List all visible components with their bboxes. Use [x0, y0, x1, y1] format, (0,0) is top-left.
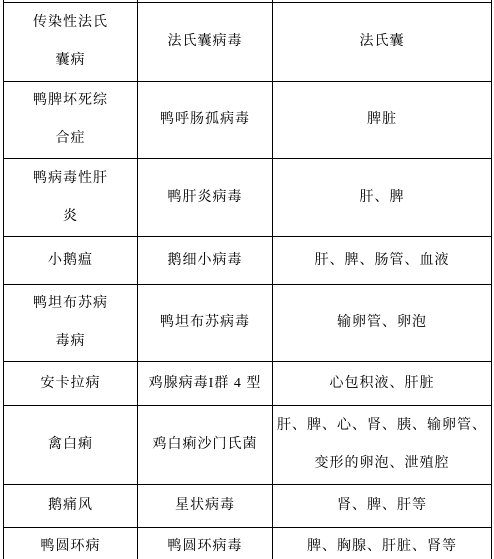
pathogen-cell: 鸡白痢沙门氏菌 — [138, 406, 273, 485]
sample-cell: 脾、胸腺、肝脏、肾等 — [273, 528, 492, 559]
disease-sampling-table: 传染性法氏 囊病 法氏囊病毒 法氏囊 鸭脾坏死综 合症 鸭呼肠孤病毒 脾脏 鸭病… — [3, 0, 492, 559]
disease-cell: 鹅痛风 — [4, 485, 138, 528]
sample-cell: 脾脏 — [273, 82, 492, 159]
sample-cell: 法氏囊 — [273, 3, 492, 82]
pathogen-cell: 鹅细小病毒 — [138, 237, 273, 285]
pathogen-cell: 鸭坦布苏病毒 — [138, 285, 273, 362]
pathogen-cell: 鸭呼肠孤病毒 — [138, 82, 273, 159]
pathogen-cell: 星状病毒 — [138, 485, 273, 528]
pathogen-cell: 鸭圆环病毒 — [138, 528, 273, 559]
pathogen-cell: 鸡腺病毒I群 4 型 — [138, 362, 273, 406]
table-row: 传染性法氏 囊病 法氏囊病毒 法氏囊 — [4, 3, 492, 82]
table-row: 鸭圆环病 鸭圆环病毒 脾、胸腺、肝脏、肾等 — [4, 528, 492, 559]
disease-cell: 小鹅瘟 — [4, 237, 138, 285]
table-row: 鸭病毒性肝 炎 鸭肝炎病毒 肝、脾 — [4, 159, 492, 237]
table-row: 小鹅瘟 鹅细小病毒 肝、脾、肠管、血液 — [4, 237, 492, 285]
disease-cell: 传染性法氏 囊病 — [4, 3, 138, 82]
sample-cell: 输卵管、卵泡 — [273, 285, 492, 362]
disease-cell: 安卡拉病 — [4, 362, 138, 406]
sample-cell: 肾、脾、肝等 — [273, 485, 492, 528]
disease-cell: 禽白痢 — [4, 406, 138, 485]
disease-cell: 鸭圆环病 — [4, 528, 138, 559]
disease-cell: 鸭脾坏死综 合症 — [4, 82, 138, 159]
pathogen-cell: 法氏囊病毒 — [138, 3, 273, 82]
disease-cell: 鸭病毒性肝 炎 — [4, 159, 138, 237]
pathogen-cell: 鸭肝炎病毒 — [138, 159, 273, 237]
sample-cell: 心包积液、肝脏 — [273, 362, 492, 406]
disease-cell: 鸭坦布苏病 毒病 — [4, 285, 138, 362]
table-row: 鸭脾坏死综 合症 鸭呼肠孤病毒 脾脏 — [4, 82, 492, 159]
document-page: 传染性法氏 囊病 法氏囊病毒 法氏囊 鸭脾坏死综 合症 鸭呼肠孤病毒 脾脏 鸭病… — [0, 0, 494, 559]
table-row: 安卡拉病 鸡腺病毒I群 4 型 心包积液、肝脏 — [4, 362, 492, 406]
sample-cell: 肝、脾、肠管、血液 — [273, 237, 492, 285]
table-row: 鹅痛风 星状病毒 肾、脾、肝等 — [4, 485, 492, 528]
sample-cell: 肝、脾、心、肾、胰、输卵管、 变形的卵泡、泄殖腔 — [273, 406, 492, 485]
table-row: 鸭坦布苏病 毒病 鸭坦布苏病毒 输卵管、卵泡 — [4, 285, 492, 362]
sample-cell: 肝、脾 — [273, 159, 492, 237]
table-row: 禽白痢 鸡白痢沙门氏菌 肝、脾、心、肾、胰、输卵管、 变形的卵泡、泄殖腔 — [4, 406, 492, 485]
